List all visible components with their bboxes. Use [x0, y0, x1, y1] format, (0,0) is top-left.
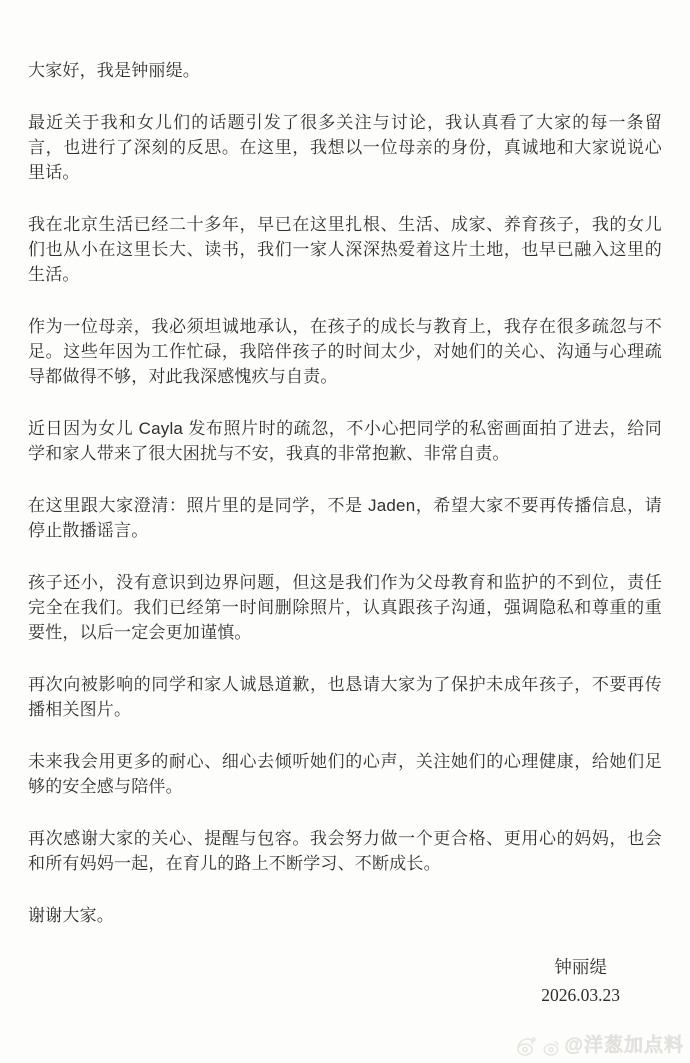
- letter-paragraph-incident: 近日因为女儿 Cayla 发布照片时的疏忽，不小心把同学的私密画面拍了进去，给同…: [28, 416, 662, 466]
- signature-inner: 钟丽缇 2026.03.23: [541, 955, 620, 1010]
- signature-block: 钟丽缇 2026.03.23: [28, 955, 662, 1010]
- letter-paragraph-greeting: 大家好，我是钟丽缇。: [28, 58, 662, 83]
- letter-paragraph-intro: 最近关于我和女儿们的话题引发了很多关注与讨论，我认真看了大家的每一条留言，也进行…: [28, 110, 662, 185]
- letter-paragraph-closing: 谢谢大家。: [28, 903, 662, 928]
- watermark-username: @洋葱加点料: [564, 1034, 684, 1058]
- letter-paragraph-future-care: 未来我会用更多的耐心、细心去倾听她们的心声，关注她们的心理健康，给她们足够的安全…: [28, 749, 662, 799]
- weibo-eye-icon: [541, 1038, 561, 1058]
- letter-body: 大家好，我是钟丽缇。 最近关于我和女儿们的话题引发了很多关注与讨论，我认真看了大…: [0, 0, 690, 1010]
- signature-date: 2026.03.23: [541, 980, 620, 1010]
- weibo-eye-icon: [514, 1034, 538, 1058]
- signature-name: 钟丽缇: [541, 955, 620, 980]
- letter-paragraph-responsibility: 孩子还小，没有意识到边界问题，但这是我们作为父母教育和监护的不到位，责任完全在我…: [28, 570, 662, 645]
- weibo-watermark: @洋葱加点料: [514, 1034, 684, 1058]
- letter-paragraph-apology: 再次向被影响的同学和家人诚恳道歉，也恳请大家为了保护未成年孩子，不要再传播相关图…: [28, 672, 662, 722]
- letter-paragraph-thanks: 再次感谢大家的关心、提醒与包容。我会努力做一个更合格、更用心的妈妈，也会和所有妈…: [28, 826, 662, 876]
- letter-paragraph-clarification: 在这里跟大家澄清：照片里的是同学，不是 Jaden，希望大家不要再传播信息，请停…: [28, 493, 662, 543]
- letter-paragraph-beijing-life: 我在北京生活已经二十多年，早已在这里扎根、生活、成家、养育孩子，我的女儿们也从小…: [28, 212, 662, 287]
- statement-letter-page: 大家好，我是钟丽缇。 最近关于我和女儿们的话题引发了很多关注与讨论，我认真看了大…: [0, 0, 690, 1063]
- letter-paragraph-admission: 作为一位母亲，我必须坦诚地承认，在孩子的成长与教育上，我存在很多疏忽与不足。这些…: [28, 314, 662, 389]
